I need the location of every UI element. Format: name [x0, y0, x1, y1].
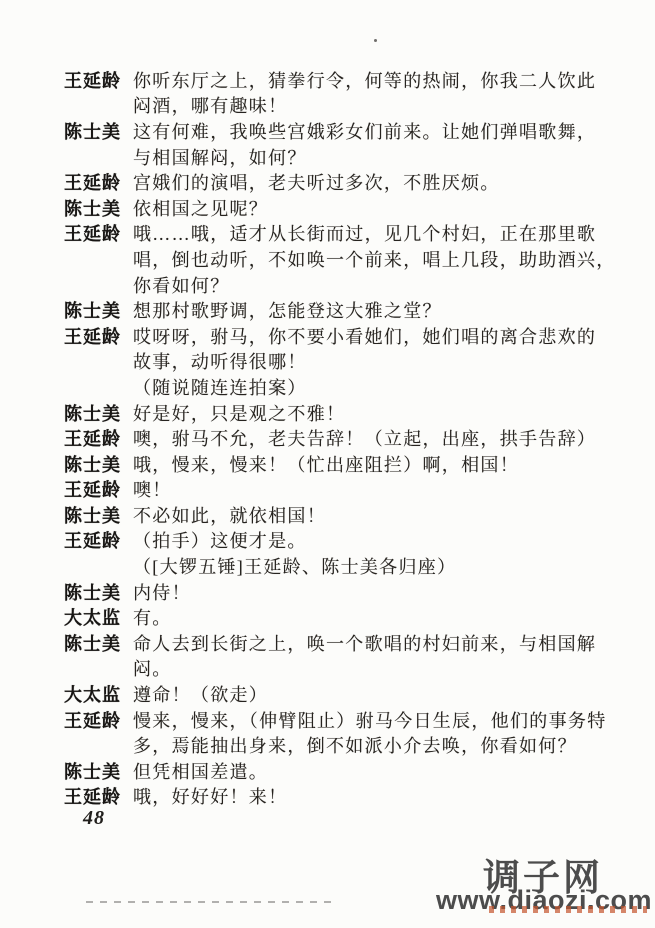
dialogue-text: 你看如何？ [133, 272, 230, 298]
dialogue-text: 哦，好好好！来！ [133, 783, 287, 809]
dialogue-row: 与相国解闷，如何？ [64, 144, 644, 170]
dialogue-row: （[大锣五锤]王延龄、陈士美各归座） [64, 553, 644, 579]
speaker-name: 大太监 [64, 604, 133, 630]
dialogue-row: 陈士美哦，慢来，慢来！（忙出座阻拦）啊，相国！ [64, 451, 644, 477]
dialogue-text: 闷。 [133, 655, 172, 681]
speaker-name: 陈士美 [64, 297, 133, 323]
dialogue-text: 故事，动听得很哪！ [133, 348, 307, 374]
speaker-name: 陈士美 [64, 579, 133, 605]
dialogue-text: （[大锣五锤]王延龄、陈士美各归座） [133, 553, 456, 579]
speaker-name: 陈士美 [64, 400, 133, 426]
dialogue-text: 命人去到长街之上，唤一个歌唱的村妇前来，与相国解 [133, 630, 596, 656]
dialogue-text: 宫娥们的演唱，老夫听过多次，不胜厌烦。 [133, 169, 500, 195]
dialogue-row: 多，焉能抽出身来，倒不如派小介去唤，你看如何？ [64, 732, 644, 758]
dialogue-row: 陈士美这有何难，我唤些宫娥彩女们前来。让她们弹唱歌舞， [64, 118, 644, 144]
dialogue-text: 慢来，慢来，（伸臂阻止）驸马今日生辰，他们的事务特 [133, 707, 607, 733]
dialogue-row: 王延龄（拍手）这便才是。 [64, 528, 644, 554]
dialogue-row: 王延龄哦，好好好！来！ [64, 784, 644, 810]
dialogue-row: 陈士美好是好，只是观之不雅！ [64, 400, 644, 426]
speaker-name: 陈士美 [64, 451, 133, 477]
speaker-name: 王延龄 [64, 323, 133, 349]
dialogue-text: 闷酒，哪有趣味！ [133, 92, 287, 118]
scan-artifact-line [86, 901, 338, 903]
speaker-name: 大太监 [64, 681, 133, 707]
speaker-name: 王延龄 [64, 707, 133, 733]
dialogue-row: 陈士美不必如此，就依相国！ [64, 502, 644, 528]
dialogue-row: 王延龄哎呀呀，驸马，你不要小看她们，她们唱的离合悲欢的 [64, 323, 644, 349]
dialogue-row: 闷酒，哪有趣味！ [64, 93, 644, 119]
dialogue-text: 你听东厅之上，猜拳行令，何等的热闹，你我二人饮此 [133, 67, 596, 93]
page-number: 48 [83, 807, 105, 830]
dialogue-row: 王延龄你听东厅之上，猜拳行令，何等的热闹，你我二人饮此 [64, 67, 644, 93]
watermark-red-fragments [489, 906, 647, 913]
dialogue-row: 王延龄噢，驸马不允，老夫告辞！（立起，出座，拱手告辞） [64, 425, 644, 451]
dialogue-row: 你看如何？ [64, 272, 644, 298]
dialogue-text: 不必如此，就依相国！ [133, 502, 326, 528]
speaker-name: 陈士美 [64, 118, 133, 144]
dialogue-row: 陈士美命人去到长街之上，唤一个歌唱的村妇前来，与相国解 [64, 630, 644, 656]
dialogue-row: 陈士美依相国之见呢？ [64, 195, 644, 221]
dialogue-text: 哦，慢来，慢来！（忙出座阻拦）啊，相国！ [133, 451, 519, 477]
dialogue-row: 闷。 [64, 656, 644, 682]
speaker-name: 王延龄 [64, 527, 133, 553]
scanned-script-page: 王延龄你听东厅之上，猜拳行令，何等的热闹，你我二人饮此闷酒，哪有趣味！陈士美这有… [0, 0, 655, 928]
dialogue-text: 依相国之见呢？ [133, 195, 268, 221]
dialogue-text: 这有何难，我唤些宫娥彩女们前来。让她们弹唱歌舞， [133, 118, 596, 144]
dialogue-text: （拍手）这便才是。 [133, 527, 307, 553]
dialogue-text: 内侍！ [133, 579, 191, 605]
dialogue-row: 陈士美内侍！ [64, 579, 644, 605]
dialogue-text: 多，焉能抽出身来，倒不如派小介去唤，你看如何？ [133, 732, 577, 758]
dialogue-text: （随说随连连拍案） [133, 374, 307, 400]
speaker-name: 王延龄 [64, 783, 133, 809]
dialogue-row: 故事，动听得很哪！ [64, 349, 644, 375]
dialogue-row: 大太监遵命！（欲走） [64, 681, 644, 707]
speaker-name: 王延龄 [64, 67, 133, 93]
dialogue-text: 有。 [133, 604, 172, 630]
speaker-name: 王延龄 [64, 476, 133, 502]
scan-speck [374, 39, 377, 42]
dialogue-row: 陈士美想那村歌野调，怎能登这大雅之堂？ [64, 297, 644, 323]
speaker-name: 陈士美 [64, 502, 133, 528]
dialogue-text: 与相国解闷，如何？ [133, 144, 307, 170]
dialogue-text: 想那村歌野调，怎能登这大雅之堂？ [133, 297, 442, 323]
speaker-name: 王延龄 [64, 220, 133, 246]
speaker-name: 陈士美 [64, 195, 133, 221]
dialogue-text: 噢！ [133, 476, 172, 502]
dialogue-row: 王延龄慢来，慢来，（伸臂阻止）驸马今日生辰，他们的事务特 [64, 707, 644, 733]
dialogue-row: 大太监有。 [64, 604, 644, 630]
dialogue-text: 但凭相国差遣。 [133, 758, 268, 784]
speaker-name: 王延龄 [64, 425, 133, 451]
dialogue-row: 王延龄噢！ [64, 477, 644, 503]
dialogue-text: 好是好，只是观之不雅！ [133, 400, 345, 426]
dialogue-row: （随说随连连拍案） [64, 374, 644, 400]
speaker-name: 陈士美 [64, 630, 133, 656]
dialogue-text: 哎呀呀，驸马，你不要小看她们，她们唱的离合悲欢的 [133, 323, 596, 349]
dialogue-row: 王延龄哦……哦，适才从长街而过，见几个村妇，正在那里歌 [64, 221, 644, 247]
dialogue-text: 噢，驸马不允，老夫告辞！（立起，出座，拱手告辞） [133, 425, 596, 451]
dialogue-row: 唱，倒也动听，不如唤一个前来，唱上几段，助助酒兴， [64, 246, 644, 272]
dialogue-row: 王延龄宫娥们的演唱，老夫听过多次，不胜厌烦。 [64, 169, 644, 195]
dialogue-row: 陈士美但凭相国差遣。 [64, 758, 644, 784]
speaker-name: 王延龄 [64, 169, 133, 195]
dialogue-text: 遵命！（欲走） [133, 681, 268, 707]
script-body: 王延龄你听东厅之上，猜拳行令，何等的热闹，你我二人饮此闷酒，哪有趣味！陈士美这有… [64, 67, 644, 809]
speaker-name: 陈士美 [64, 758, 133, 784]
dialogue-text: 唱，倒也动听，不如唤一个前来，唱上几段，助助酒兴， [133, 246, 616, 272]
dialogue-text: 哦……哦，适才从长街而过，见几个村妇，正在那里歌 [133, 220, 596, 246]
